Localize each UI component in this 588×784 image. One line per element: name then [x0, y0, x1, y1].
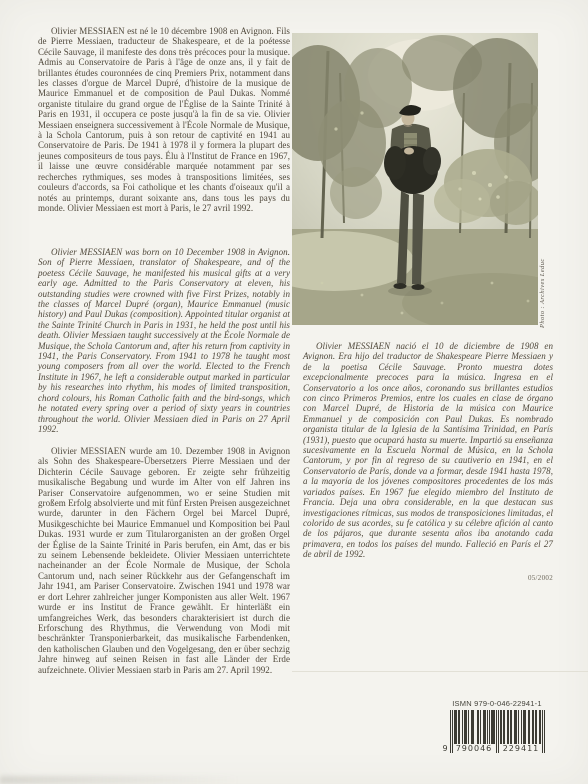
edition-mark: 05/2002 [303, 574, 553, 582]
biography-english: Olivier MESSIAEN was born on 10 December… [38, 247, 290, 434]
photo-credit: Photo : Archives Leduc [539, 228, 546, 328]
barcode-digits-right: 229411 [501, 744, 542, 753]
biography-spanish-text: Olivier MESSIAEN nació el 10 de diciembr… [303, 341, 553, 560]
barcode-digits-left: 790046 [454, 744, 495, 753]
ismn-label: ISMN 979-0-046-22941-1 [447, 699, 547, 708]
ean-barcode: 9 790046 229411 [450, 710, 545, 762]
biography-german: Olivier MESSIAEN wurde am 10. Dezember 1… [38, 446, 290, 675]
messiaen-portrait-photo [292, 33, 538, 325]
barcode-module [544, 710, 545, 753]
isbn-barcode-block: ISMN 979-0-046-22941-1 9 790046 229411 [447, 699, 547, 762]
scan-edge-smudge [0, 776, 240, 784]
fold-crease-line [292, 671, 588, 672]
photo-illustration [292, 33, 538, 325]
biography-french: Olivier MESSIAEN est né le 10 décembre 1… [38, 26, 290, 213]
biography-spanish: Olivier MESSIAEN nació el 10 de diciembr… [303, 341, 553, 560]
biography-german-text: Olivier MESSIAEN wurde am 10. Dezember 1… [38, 446, 290, 675]
biography-english-text: Olivier MESSIAEN was born on 10 December… [38, 247, 290, 434]
scanned-page: Olivier MESSIAEN est né le 10 décembre 1… [0, 0, 588, 784]
barcode-digit-first: 9 [443, 744, 448, 753]
biography-french-text: Olivier MESSIAEN est né le 10 décembre 1… [38, 26, 290, 213]
